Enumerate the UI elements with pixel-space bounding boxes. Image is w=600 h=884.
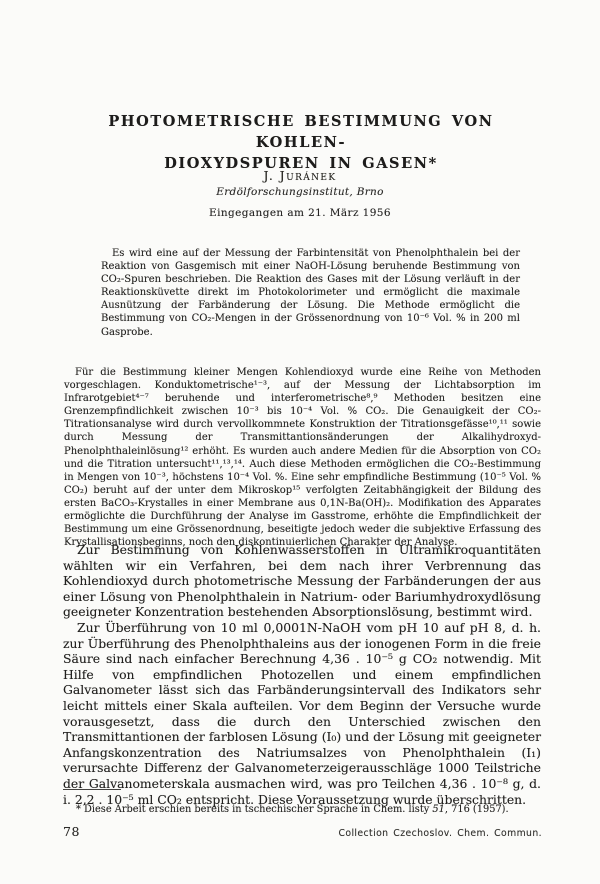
- footnote-divider-rule: [63, 789, 121, 790]
- author-affiliation: Erdölforschungsinstitut, Brno: [0, 186, 600, 198]
- scanned-paper-page: PHOTOMETRISCHE BESTIMMUNG VON KOHLEN- DI…: [0, 0, 600, 884]
- journal-running-title: Collection Czechoslov. Chem. Commun.: [338, 828, 542, 839]
- received-date-line: Eingegangen am 21. März 1956: [0, 207, 600, 219]
- article-title: PHOTOMETRISCHE BESTIMMUNG VON KOHLEN- DI…: [60, 111, 542, 174]
- body-main-text: Zur Bestimmung von Kohlenwasserstoffen i…: [63, 542, 541, 807]
- body-paragraph-3: Zur Überführung von 10 ml 0,0001N-NaOH v…: [63, 620, 541, 807]
- abstract-paragraph: Es wird eine auf der Messung der Farbint…: [101, 247, 520, 339]
- article-title-line-1: PHOTOMETRISCHE BESTIMMUNG VON KOHLEN-: [60, 111, 542, 153]
- body-paragraph-2: Zur Bestimmung von Kohlenwasserstoffen i…: [63, 542, 541, 620]
- page-number: 78: [63, 824, 80, 839]
- page-footer: 78 Collection Czechoslov. Chem. Commun.: [63, 824, 542, 839]
- author-name: J. Juránek: [0, 168, 600, 183]
- footnote-text: * Diese Arbeit erschien bereits in tsche…: [63, 804, 541, 817]
- body-paragraph-1: Für die Bestimmung kleiner Mengen Kohlen…: [64, 366, 541, 549]
